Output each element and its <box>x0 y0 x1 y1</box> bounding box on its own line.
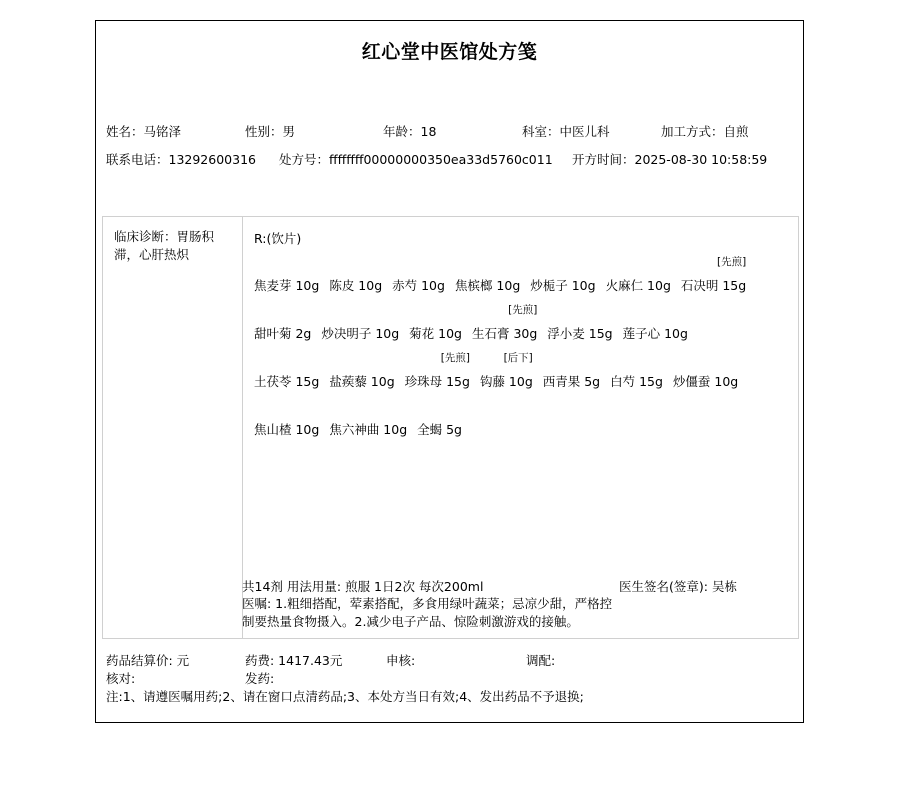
patient-gender: 性别：男 <box>245 122 295 140</box>
herb-item: 全蝎 5g <box>417 420 462 438</box>
herb-item: 炒栀子 10g <box>530 276 595 294</box>
herb-item: 焦槟榔 10g <box>455 276 520 294</box>
prescription-table: 临床诊断：胃肠积滞，心肝热炽 R:(饮片) 焦麦芽 10g 陈皮 10g 赤芍 … <box>102 216 799 639</box>
prescription-time: 开方时间：2025-08-30 10:58:59 <box>572 150 767 168</box>
herb-item: 菊花 10g <box>409 324 462 342</box>
herb-item: 盐蒺藜 10g <box>329 372 394 390</box>
medical-advice: 医嘱: 1.粗细搭配，荤素搭配，多食用绿叶蔬菜；忌凉少甜，严格控制要热量食物摄入… <box>242 595 622 631</box>
check: 核对: <box>106 669 135 687</box>
review: 申核: <box>386 651 415 669</box>
rx-header: R:(饮片) <box>254 229 301 247</box>
herb-note: [后下] <box>504 350 533 365</box>
herb-item: 西青果 5g <box>543 372 600 390</box>
herb-item: 焦麦芽 10g <box>254 276 319 294</box>
dispense: 调配: <box>526 651 555 669</box>
herb-note: [先煎] <box>441 350 470 365</box>
drug-settlement-price: 药品结算价: 元 <box>106 651 189 669</box>
patient-name: 姓名：马铭泽 <box>106 122 181 140</box>
herb-item: [先煎]生石膏 30g <box>472 324 537 342</box>
herb-item: 浮小麦 15g <box>547 324 612 342</box>
herb-item: [后下]钩藤 10g <box>480 372 533 390</box>
usage-dosage: 共14剂 用法用量: 煎服 1日2次 每次200ml <box>242 577 483 595</box>
herb-item: [先煎]珍珠母 15g <box>405 372 470 390</box>
herb-item: 炒僵蚕 10g <box>673 372 738 390</box>
clinical-diagnosis: 临床诊断：胃肠积滞，心肝热炽 <box>114 228 234 264</box>
herb-row: 土茯苓 15g 盐蒺藜 10g [先煎]珍珠母 15g [后下]钩藤 10g 西… <box>254 372 744 390</box>
herb-row: 焦山楂 10g 焦六神曲 10g 全蝎 5g <box>254 420 468 438</box>
drug-fee: 药费: 1417.43元 <box>245 651 342 669</box>
herb-note: [先煎] <box>717 254 746 269</box>
herb-row: 甜叶菊 2g 炒决明子 10g 菊花 10g [先煎]生石膏 30g 浮小麦 1… <box>254 324 694 342</box>
doctor-signature: 医生签名(签章): 吴栋 <box>619 577 737 595</box>
herb-item: 甜叶菊 2g <box>254 324 311 342</box>
page-title: 红心堂中医馆处方笺 <box>96 37 803 64</box>
herb-item: 焦山楂 10g <box>254 420 319 438</box>
herb-item: 陈皮 10g <box>329 276 382 294</box>
herb-item: [先煎]石决明 15g <box>681 276 746 294</box>
patient-age: 年龄：18 <box>383 122 436 140</box>
herb-item: 炒决明子 10g <box>321 324 399 342</box>
footer-notes: 注:1、请遵医嘱用药;2、请在窗口点清药品;3、本处方当日有效;4、发出药品不予… <box>106 687 584 705</box>
issue-drug: 发药: <box>245 669 274 687</box>
department: 科室：中医儿科 <box>522 122 610 140</box>
prescription-form: 红心堂中医馆处方笺 姓名：马铭泽 性别：男 年龄：18 科室：中医儿科 加工方式… <box>95 20 804 723</box>
prescription-number: 处方号：ffffffff00000000350ea33d5760c011 <box>279 150 553 168</box>
phone: 联系电话：13292600316 <box>106 150 256 168</box>
herb-item: 土茯苓 15g <box>254 372 319 390</box>
herb-item: 白芍 15g <box>610 372 663 390</box>
processing-method: 加工方式：自煎 <box>661 122 749 140</box>
herb-item: 焦六神曲 10g <box>329 420 407 438</box>
herb-item: 赤芍 10g <box>392 276 445 294</box>
column-divider <box>242 217 243 638</box>
herb-item: 火麻仁 10g <box>606 276 671 294</box>
herb-note: [先煎] <box>508 302 537 317</box>
herb-item: 莲子心 10g <box>623 324 688 342</box>
herb-row: 焦麦芽 10g 陈皮 10g 赤芍 10g 焦槟榔 10g 炒栀子 10g 火麻… <box>254 276 752 294</box>
